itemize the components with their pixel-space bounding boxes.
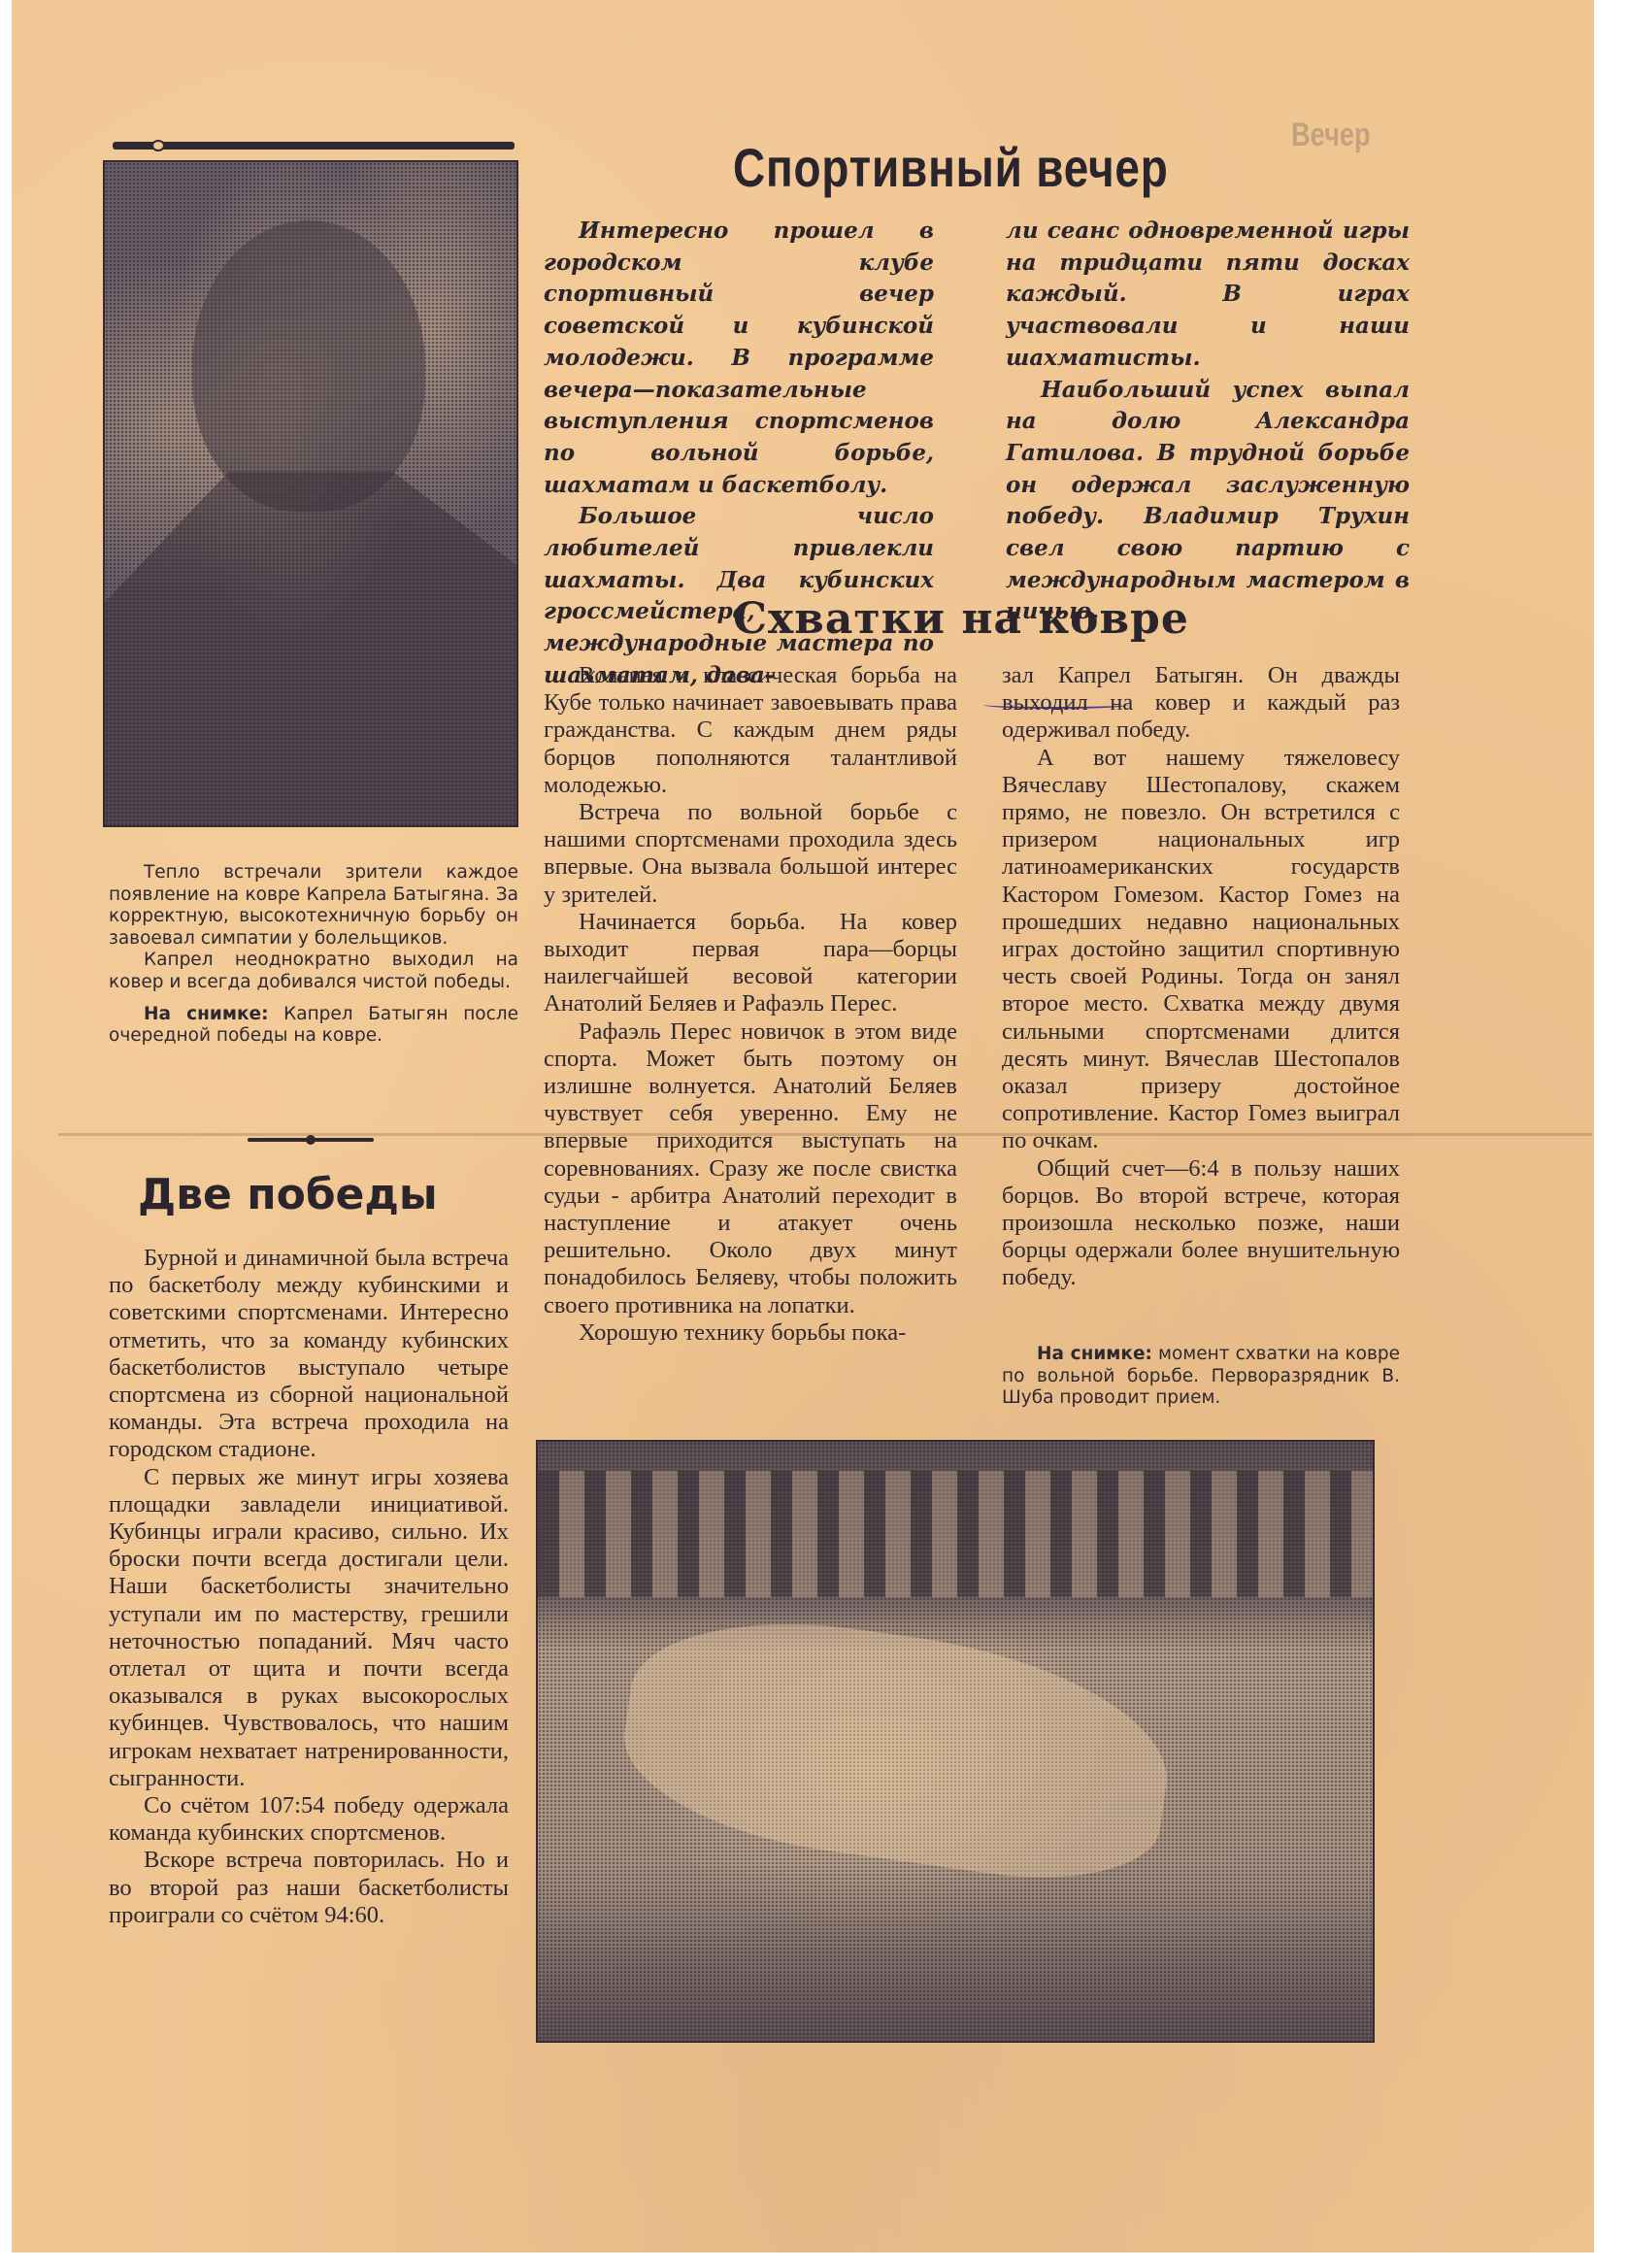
article-paragraph: Со счётом 107:54 победу одержала команда… [109,1792,509,1847]
wrestling-photo-caption: На снимке: момент схватки на ковре по во… [1002,1344,1400,1410]
article-paragraph: А вот нашему тяжеловесу Вячеславу Шестоп… [1002,745,1400,1155]
portrait-photo [103,160,518,827]
section-divider [248,1138,374,1142]
headline-sport-evening: Спортивный вечер [733,136,1169,199]
article-paragraph: Вольная и классическая борьба на Кубе то… [544,662,957,799]
sport-evening-column-2: ли сеанс одновременной игры на тридцати … [1006,216,1410,628]
article-paragraph: Бурной и динамичной была встреча по баск… [109,1245,509,1464]
article-paragraph: Хорошую технику борьбы пока- [544,1319,957,1347]
article-paragraph: Общий счет—6:4 в пользу наших борцов. Во… [1002,1155,1400,1292]
article-paragraph: Интересно прошел в городском клубе спорт… [544,216,934,501]
article-paragraph: зал Капрел Батыгян. Он дважды выходил на… [1002,662,1400,745]
portrait-paragraph: Тепло встречали зрители каждое появление… [109,862,518,950]
caption-label: На снимке: [1037,1344,1152,1364]
article-paragraph: Наибольший успех выпал на долю Александр… [1006,375,1410,629]
two-victories-column: Бурной и динамичной была встреча по баск… [109,1245,509,1929]
crowd-figures [538,1471,1373,1597]
portrait-head [192,220,425,512]
bleed-through-text: Вечер [1291,117,1392,165]
portrait-shoulders [105,453,516,825]
article-paragraph: Вскоре встреча повторилась. Но и во втор… [109,1847,509,1929]
article-paragraph: С первых же минут игры хозяева площадки … [109,1464,509,1792]
mat-fights-column-1: Вольная и классическая борьба на Кубе то… [544,662,957,1347]
caption: На снимке: момент схватки на ковре по во… [1002,1344,1400,1410]
caption-label: На снимке: [144,1004,268,1024]
wrestling-photo [536,1440,1375,2043]
mat-fights-column-2: зал Капрел Батыгян. Он дважды выходил на… [1002,662,1400,1292]
headline-mat-fights: Схватки на ковре [733,594,1189,644]
portrait-paragraph: Капрел неоднократно выходил на ковер и в… [109,950,518,993]
article-paragraph: Встреча по вольной борьбе с нашими спорт… [544,799,957,909]
portrait-caption: Тепло встречали зрители каждое появление… [109,862,518,1048]
top-rule [113,142,515,150]
portrait-photo-caption: На снимке: Капрел Батыгян после очередно… [109,1004,518,1048]
wrestlers [613,1599,1182,1896]
article-paragraph: ли сеанс одновременной игры на тридцати … [1006,216,1410,375]
article-paragraph: Рафаэль Перес новичок в этом виде спорта… [544,1018,957,1319]
article-paragraph: Начинается борьба. На ковер выходит перв… [544,909,957,1018]
headline-two-victories: Две победы [138,1170,438,1219]
